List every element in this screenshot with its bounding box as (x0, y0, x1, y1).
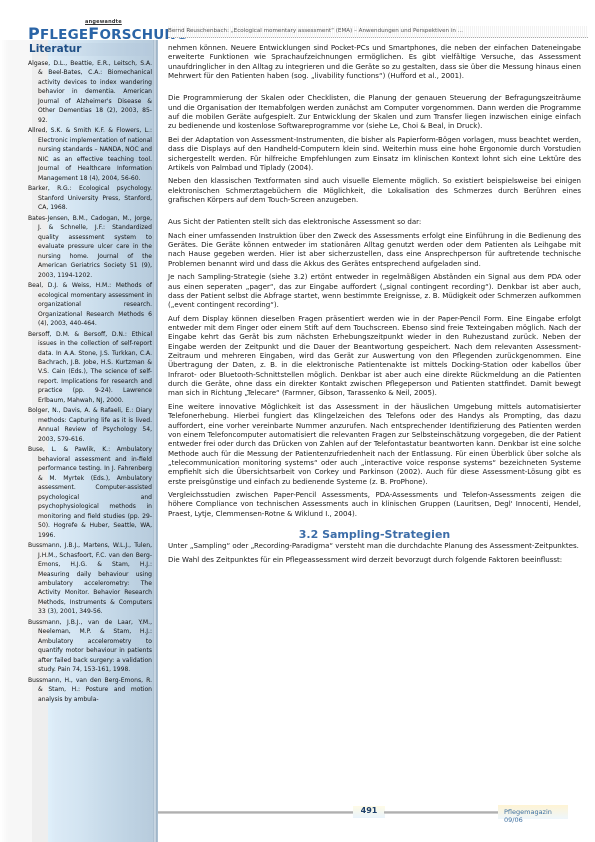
reference-item: Buse, L. & Pawlik, K.: Ambulatory behavi… (28, 445, 152, 540)
reference-item: Bates-Jensen, B.M., Cadogan, M., Jorge, … (28, 214, 152, 280)
logo-initial-f: F (88, 24, 99, 43)
reference-item: Algase, D.L., Beattie, E.R., Leitsch, S.… (28, 59, 152, 125)
journal-logo: PFLEGEFORSCHUNG (28, 24, 160, 44)
reference-item: Allred, S.K. & Smith K.F. & Flowers, L.:… (28, 126, 152, 183)
body-paragraph: Auf dem Display können dieselben Fragen … (168, 314, 581, 398)
page-number: 491 (353, 806, 385, 818)
reference-item: Bussmann, H., van den Berg-Emons, R. & S… (28, 676, 152, 704)
body-paragraph: nehmen können. Neuere Entwicklungen sind… (168, 43, 581, 80)
body-paragraph: Vergleichsstudien zwischen Paper-Pencil … (168, 490, 581, 518)
section-heading: 3.2 Sampling-Strategien (168, 530, 581, 539)
body-paragraph: Nach einer umfassenden Instruktion über … (168, 231, 581, 268)
body-paragraph: Je nach Sampling-Strategie (siehe 3.2) e… (168, 272, 581, 309)
footer-rule-left (158, 811, 386, 814)
body-paragraph: Unter „Sampling“ oder „Recording-Paradig… (168, 541, 581, 550)
section-label-literatur: Literatur (28, 43, 152, 56)
reference-item: Bussmann, J.B.J., van de Laar, Y.M., Nee… (28, 618, 152, 675)
logo-part: FLEGE (40, 27, 88, 43)
running-head: Bernd Reuschenbach: „Ecological momentar… (168, 26, 588, 38)
body-paragraph: Aus Sicht der Patienten stellt sich das … (168, 217, 581, 226)
reference-item: Beal, D.J. & Weiss, H.M.: Methods of eco… (28, 281, 152, 328)
logo-initial: P (28, 24, 40, 43)
body-paragraph: Eine weitere innovative Möglichkeit ist … (168, 402, 581, 486)
journal-issue: Pflegemagazin 09/06 (498, 805, 568, 819)
main-text-column: nehmen können. Neuere Entwicklungen sind… (168, 43, 581, 568)
reference-item: Bolger, N., Davis, A. & Rafaeli, E.: Dia… (28, 406, 152, 444)
reference-list: Algase, D.L., Beattie, E.R., Leitsch, S.… (28, 59, 152, 705)
body-paragraph: Die Programmierung der Skalen oder Check… (168, 93, 581, 130)
reference-item: Bersoff, D.M. & Bersoff, D.N.: Ethical i… (28, 330, 152, 406)
body-paragraph: Bei der Adaptation von Assessment-Instru… (168, 135, 581, 172)
reference-item: Barker, R.G.: Ecological psychology. Sta… (28, 184, 152, 212)
body-paragraph: Die Wahl des Zeitpunktes für ein Pflegea… (168, 555, 581, 564)
body-paragraph: Neben den klassischen Textformaten sind … (168, 176, 581, 204)
reference-item: Bussmann, J.B.J., Martens, W.L.J., Tulen… (28, 541, 152, 617)
sidebar-edge (153, 40, 157, 842)
